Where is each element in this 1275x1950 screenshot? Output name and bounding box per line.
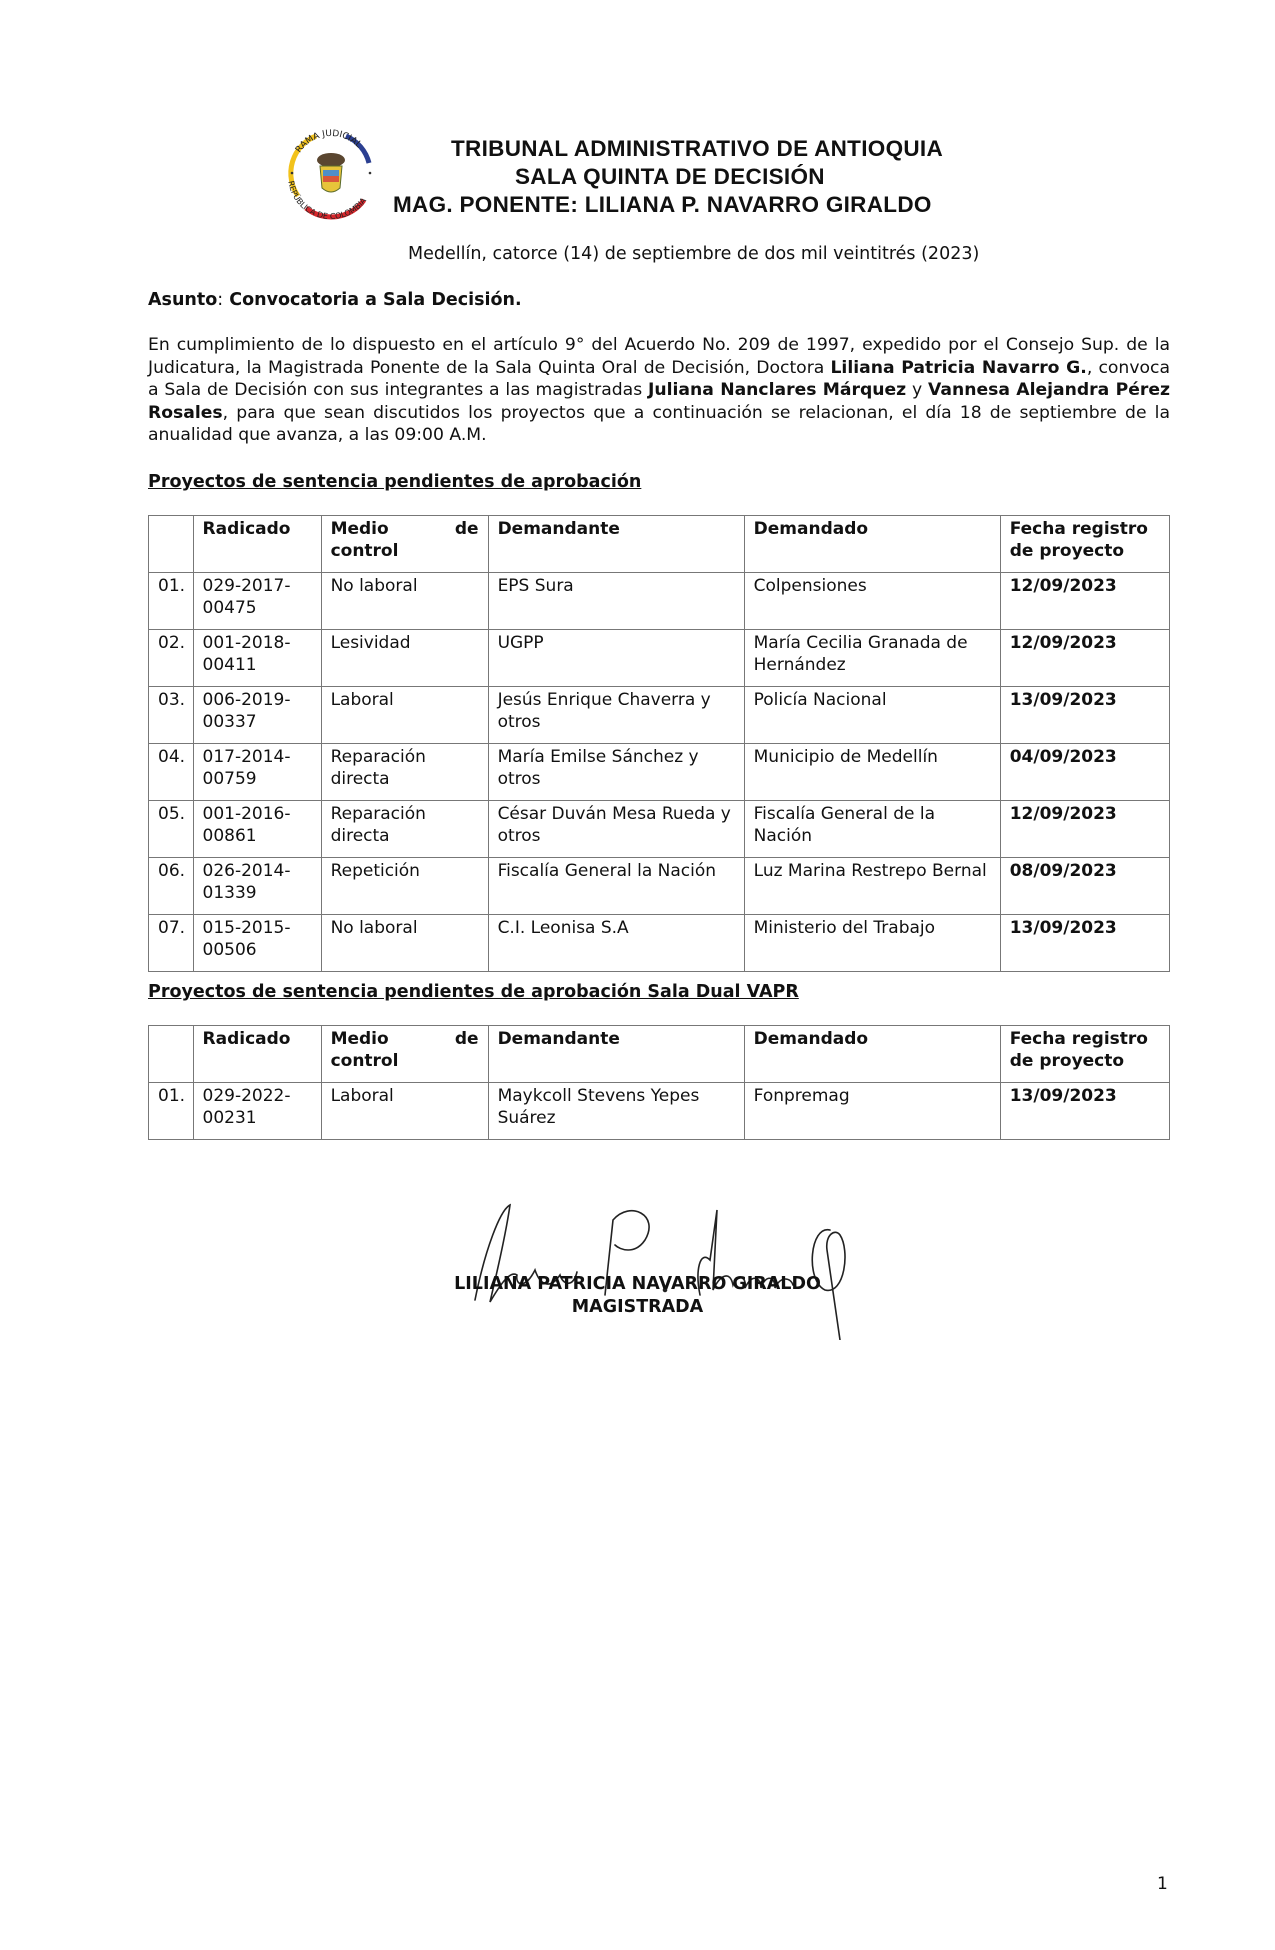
- header-demandante: Demandante: [488, 1026, 744, 1083]
- radicado-cell: 001-2018-00411: [193, 630, 321, 687]
- radicado-cell: 006-2019-00337: [193, 687, 321, 744]
- magistrate-name: Juliana Nanclares Márquez: [648, 380, 906, 400]
- table-row: 06.026-2014-01339RepeticiónFiscalía Gene…: [149, 858, 1170, 915]
- radicado-cell: 029-2017-00475: [193, 573, 321, 630]
- court-name-heading: TRIBUNAL ADMINISTRATIVO DE ANTIOQUIA: [451, 136, 943, 162]
- row-number: 01.: [149, 1083, 194, 1140]
- signatory-role: MAGISTRADA: [0, 1297, 1275, 1317]
- table-header-row: Radicado Mediodecontrol Demandante Deman…: [149, 516, 1170, 573]
- row-number: 04.: [149, 744, 194, 801]
- header-medio: Mediodecontrol: [321, 516, 488, 573]
- demandante-cell: EPS Sura: [488, 573, 744, 630]
- demandado-cell: Colpensiones: [744, 573, 1000, 630]
- row-number: 01.: [149, 573, 194, 630]
- rama-judicial-seal-icon: RAMA JUDICIAL REPÚBLICA DE COLOMBIA: [276, 118, 386, 228]
- table-row: 02.001-2018-00411LesividadUGPPMaría Ceci…: [149, 630, 1170, 687]
- medio-control-cell: Laboral: [321, 1083, 488, 1140]
- demandante-cell: María Emilse Sánchez y otros: [488, 744, 744, 801]
- table-row: 07.015-2015-00506No laboralC.I. Leonisa …: [149, 915, 1170, 972]
- medio-control-cell: Laboral: [321, 687, 488, 744]
- subject-label: Asunto: [148, 290, 217, 310]
- fecha-cell: 12/09/2023: [1000, 630, 1169, 687]
- page-number: 1: [1157, 1874, 1168, 1894]
- fecha-cell: 13/09/2023: [1000, 1083, 1169, 1140]
- demandado-cell: Policía Nacional: [744, 687, 1000, 744]
- table-row: 01.029-2017-00475No laboralEPS SuraColpe…: [149, 573, 1170, 630]
- medio-control-cell: Reparación directa: [321, 801, 488, 858]
- medio-control-cell: No laboral: [321, 915, 488, 972]
- pending-projects-table: Radicado Mediodecontrol Demandante Deman…: [148, 515, 1170, 972]
- medio-control-cell: No laboral: [321, 573, 488, 630]
- header-demandado: Demandado: [744, 516, 1000, 573]
- chamber-heading: SALA QUINTA DE DECISIÓN: [515, 164, 825, 190]
- radicado-cell: 029-2022-00231: [193, 1083, 321, 1140]
- body-paragraph: En cumplimiento de lo dispuesto en el ar…: [148, 334, 1170, 447]
- demandado-cell: Luz Marina Restrepo Bernal: [744, 858, 1000, 915]
- demandado-cell: Fonpremag: [744, 1083, 1000, 1140]
- header-num: [149, 516, 194, 573]
- table-row: 05.001-2016-00861Reparación directaCésar…: [149, 801, 1170, 858]
- medio-control-cell: Reparación directa: [321, 744, 488, 801]
- ponente-name: Liliana Patricia Navarro G.: [830, 358, 1086, 378]
- demandante-cell: Fiscalía General la Nación: [488, 858, 744, 915]
- radicado-cell: 017-2014-00759: [193, 744, 321, 801]
- radicado-cell: 026-2014-01339: [193, 858, 321, 915]
- header-fecha: Fecha registro de proyecto: [1000, 1026, 1169, 1083]
- demandante-cell: César Duván Mesa Rueda y otros: [488, 801, 744, 858]
- table-header-row: Radicado Mediodecontrol Demandante Deman…: [149, 1026, 1170, 1083]
- demandante-cell: UGPP: [488, 630, 744, 687]
- row-number: 07.: [149, 915, 194, 972]
- header-fecha: Fecha registro de proyecto: [1000, 516, 1169, 573]
- row-number: 03.: [149, 687, 194, 744]
- fecha-cell: 12/09/2023: [1000, 573, 1169, 630]
- subject-text: Convocatoria a Sala Decisión.: [223, 290, 521, 310]
- demandado-cell: Municipio de Medellín: [744, 744, 1000, 801]
- row-number: 02.: [149, 630, 194, 687]
- svg-text:RAMA JUDICIAL: RAMA JUDICIAL: [294, 129, 363, 155]
- header-demandado: Demandado: [744, 1026, 1000, 1083]
- header-num: [149, 1026, 194, 1083]
- radicado-cell: 015-2015-00506: [193, 915, 321, 972]
- magistrate-heading: MAG. PONENTE: LILIANA P. NAVARRO GIRALDO: [393, 192, 932, 218]
- body-text: y: [906, 380, 928, 400]
- row-number: 06.: [149, 858, 194, 915]
- handwritten-signature-icon: [455, 1190, 875, 1340]
- fecha-cell: 13/09/2023: [1000, 687, 1169, 744]
- header-demandante: Demandante: [488, 516, 744, 573]
- sala-dual-table: Radicado Mediodecontrol Demandante Deman…: [148, 1025, 1170, 1140]
- dateline: Medellín, catorce (14) de septiembre de …: [408, 244, 979, 264]
- medio-control-cell: Lesividad: [321, 630, 488, 687]
- fecha-cell: 04/09/2023: [1000, 744, 1169, 801]
- table-row: 03.006-2019-00337LaboralJesús Enrique Ch…: [149, 687, 1170, 744]
- fecha-cell: 13/09/2023: [1000, 915, 1169, 972]
- radicado-cell: 001-2016-00861: [193, 801, 321, 858]
- table-row: 04.017-2014-00759Reparación directaMaría…: [149, 744, 1170, 801]
- demandado-cell: Ministerio del Trabajo: [744, 915, 1000, 972]
- header-radicado: Radicado: [193, 1026, 321, 1083]
- subject-line: Asunto: Convocatoria a Sala Decisión.: [148, 290, 522, 310]
- demandado-cell: María Cecilia Granada de Hernández: [744, 630, 1000, 687]
- demandado-cell: Fiscalía General de la Nación: [744, 801, 1000, 858]
- body-text: , para que sean discutidos los proyectos…: [148, 403, 1170, 446]
- medio-control-cell: Repetición: [321, 858, 488, 915]
- section-title-pending-projects: Proyectos de sentencia pendientes de apr…: [148, 472, 641, 492]
- fecha-cell: 12/09/2023: [1000, 801, 1169, 858]
- header-radicado: Radicado: [193, 516, 321, 573]
- header-medio: Mediodecontrol: [321, 1026, 488, 1083]
- row-number: 05.: [149, 801, 194, 858]
- demandante-cell: Maykcoll Stevens Yepes Suárez: [488, 1083, 744, 1140]
- demandante-cell: Jesús Enrique Chaverra y otros: [488, 687, 744, 744]
- section-title-sala-dual: Proyectos de sentencia pendientes de apr…: [148, 982, 799, 1002]
- demandante-cell: C.I. Leonisa S.A: [488, 915, 744, 972]
- fecha-cell: 08/09/2023: [1000, 858, 1169, 915]
- signatory-name: LILIANA PATRICIA NAVARRO GIRALDO: [0, 1274, 1275, 1294]
- table-row: 01.029-2022-00231LaboralMaykcoll Stevens…: [149, 1083, 1170, 1140]
